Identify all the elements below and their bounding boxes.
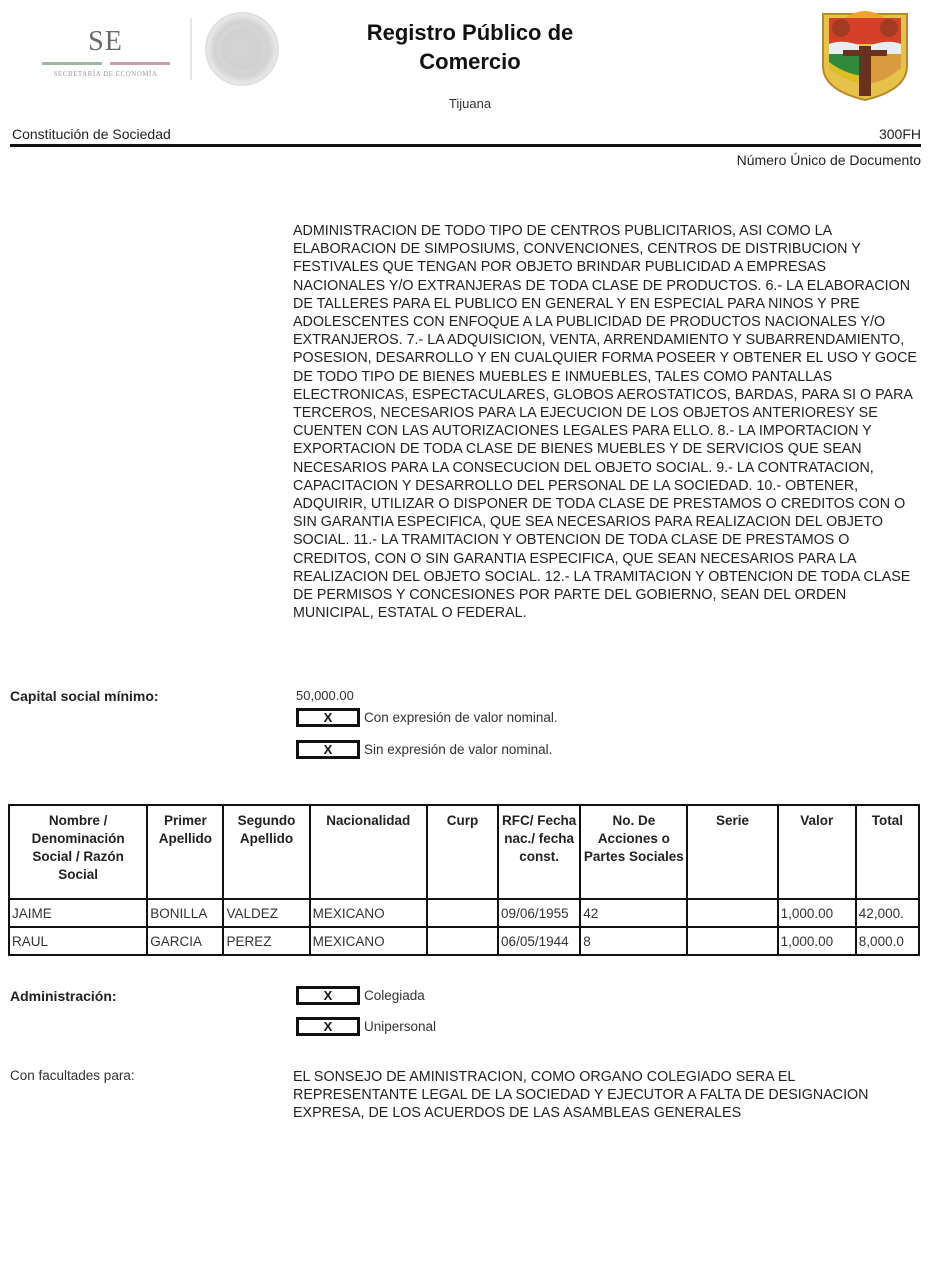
table-row: RAUL GARCIA PEREZ MEXICANO 06/05/1944 8 … — [9, 927, 919, 955]
cell-valor: 1,000.00 — [778, 899, 856, 927]
col-segundo-apellido: Segundo Apellido — [223, 805, 309, 899]
seal-eagle — [221, 28, 263, 70]
logo-divider — [190, 18, 192, 80]
cell-no-acciones: 8 — [580, 927, 687, 955]
checkbox-label: Sin expresión de valor nominal. — [364, 742, 552, 757]
option-con-valor-nominal: X Con expresión de valor nominal. — [296, 708, 558, 727]
cell-rfc-fecha: 06/05/1944 — [498, 927, 580, 955]
socios-table: Nombre / Denominación Social / Razón Soc… — [8, 804, 920, 956]
col-serie: Serie — [687, 805, 777, 899]
option-unipersonal: X Unipersonal — [296, 1017, 436, 1036]
checkbox-unipersonal[interactable]: X — [296, 1017, 360, 1036]
se-logo-abbr: SE — [38, 26, 173, 58]
document-type: Constitución de Sociedad — [12, 126, 171, 142]
col-total: Total — [856, 805, 919, 899]
mexico-seal-icon — [205, 12, 279, 86]
cell-nacionalidad: MEXICANO — [310, 899, 427, 927]
baja-california-crest-icon — [815, 4, 915, 102]
logo-red-line — [110, 62, 170, 65]
cell-segundo-apellido: VALDEZ — [223, 899, 309, 927]
table-row: JAIME BONILLA VALDEZ MEXICANO 09/06/1955… — [9, 899, 919, 927]
cell-primer-apellido: BONILLA — [147, 899, 223, 927]
cell-valor: 1,000.00 — [778, 927, 856, 955]
administracion-label: Administración: — [10, 988, 117, 1004]
col-nombre: Nombre / Denominación Social / Razón Soc… — [9, 805, 147, 899]
objeto-social-text: ADMINISTRACION DE TODO TIPO DE CENTROS P… — [293, 222, 918, 622]
cell-curp — [427, 927, 498, 955]
cell-primer-apellido: GARCIA — [147, 927, 223, 955]
header-divider — [10, 144, 921, 147]
cell-segundo-apellido: PEREZ — [223, 927, 309, 955]
col-valor: Valor — [778, 805, 856, 899]
facultades-label: Con facultades para: — [10, 1068, 135, 1083]
capital-value: 50,000.00 — [296, 688, 354, 703]
cell-total: 8,000.0 — [856, 927, 919, 955]
title-line-1: Registro Público de — [320, 18, 620, 47]
title-line-2: Comercio — [320, 47, 620, 76]
cell-nombre: RAUL — [9, 927, 147, 955]
option-sin-valor-nominal: X Sin expresión de valor nominal. — [296, 740, 552, 759]
page-title: Registro Público de Comercio — [320, 18, 620, 76]
checkbox-colegiada[interactable]: X — [296, 986, 360, 1005]
document-number-label: Número Único de Documento — [737, 152, 921, 168]
checkbox-sin-valor-nominal[interactable]: X — [296, 740, 360, 759]
option-colegiada: X Colegiada — [296, 986, 425, 1005]
cell-serie — [687, 899, 777, 927]
se-logo-icon: SE SECRETARÍA DE ECONOMÍA — [38, 22, 173, 82]
cell-total: 42,000. — [856, 899, 919, 927]
checkbox-label: Con expresión de valor nominal. — [364, 710, 558, 725]
cell-nombre: JAIME — [9, 899, 147, 927]
table-header-row: Nombre / Denominación Social / Razón Soc… — [9, 805, 919, 899]
facultades-text: EL SONSEJO DE AMINISTRACION, COMO ORGANO… — [293, 1068, 923, 1122]
document-code: 300FH — [879, 126, 921, 142]
checkbox-con-valor-nominal[interactable]: X — [296, 708, 360, 727]
checkbox-label: Colegiada — [364, 988, 425, 1003]
cell-serie — [687, 927, 777, 955]
city-label: Tijuana — [320, 96, 620, 111]
se-logo-subtitle: SECRETARÍA DE ECONOMÍA — [38, 70, 173, 78]
capital-label: Capital social mínimo: — [10, 688, 159, 704]
checkbox-label: Unipersonal — [364, 1019, 436, 1034]
col-rfc-fecha: RFC/ Fecha nac./ fecha const. — [498, 805, 580, 899]
cell-curp — [427, 899, 498, 927]
col-curp: Curp — [427, 805, 498, 899]
cell-nacionalidad: MEXICANO — [310, 927, 427, 955]
col-no-acciones: No. De Acciones o Partes Sociales — [580, 805, 687, 899]
cell-rfc-fecha: 09/06/1955 — [498, 899, 580, 927]
col-primer-apellido: Primer Apellido — [147, 805, 223, 899]
cell-no-acciones: 42 — [580, 899, 687, 927]
logo-green-line — [42, 62, 102, 65]
col-nacionalidad: Nacionalidad — [310, 805, 427, 899]
